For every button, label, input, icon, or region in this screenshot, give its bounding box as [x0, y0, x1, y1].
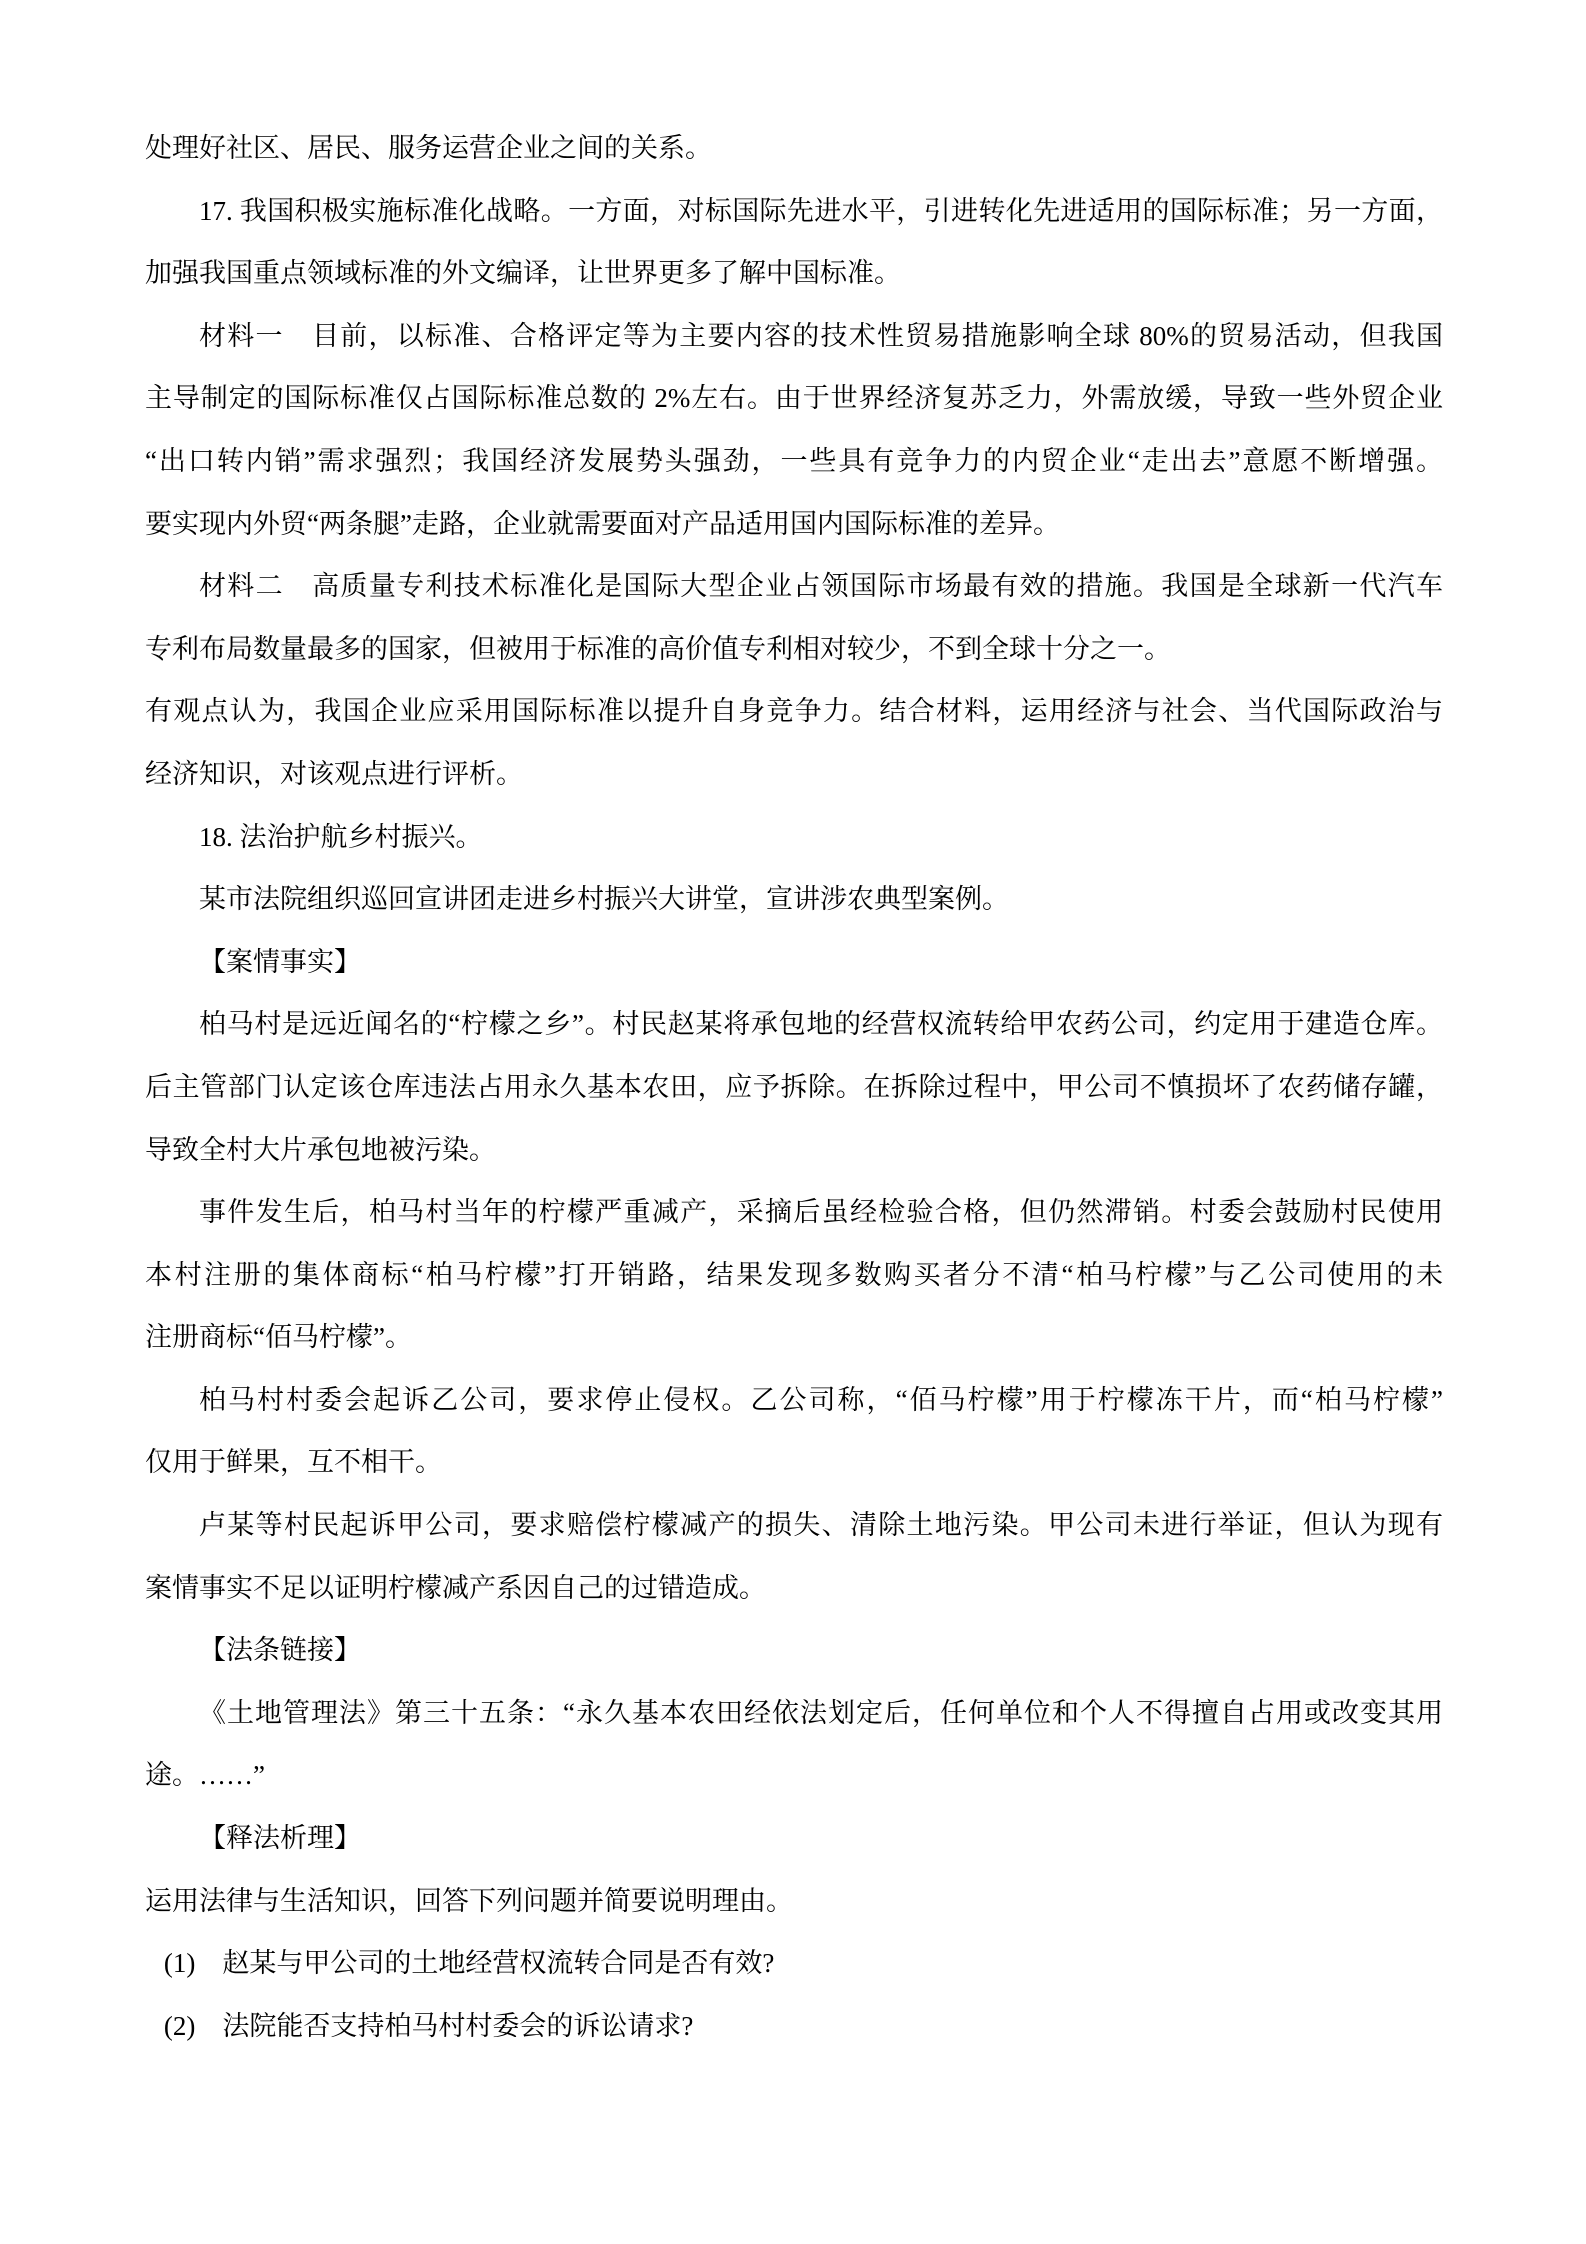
text-line: 17. 我国积极实施标准化战略。一方面，对标国际先进水平，引进转化先进适用的国际…: [145, 180, 1443, 243]
text-line: (2) 法院能否支持柏马村村委会的诉讼请求?: [145, 1995, 1443, 2058]
text-line: 【法条链接】: [145, 1619, 1443, 1682]
text-line: 注册商标“佰马柠檬”。: [145, 1306, 1443, 1369]
text-line: 处理好社区、居民、服务运营企业之间的关系。: [145, 117, 1443, 180]
text-line: 事件发生后，柏马村当年的柠檬严重减产，采摘后虽经检验合格，但仍然滞销。村委会鼓励…: [145, 1181, 1443, 1244]
text-line: 经济知识，对该观点进行评析。: [145, 743, 1443, 806]
text-line: 《土地管理法》第三十五条：“永久基本农田经依法划定后，任何单位和个人不得擅自占用…: [145, 1682, 1443, 1745]
text-line: 要实现内外贸“两条腿”走路，企业就需要面对产品适用国内国际标准的差异。: [145, 493, 1443, 556]
text-line: 有观点认为，我国企业应采用国际标准以提升自身竞争力。结合材料，运用经济与社会、当…: [145, 680, 1443, 743]
document-text-content: 处理好社区、居民、服务运营企业之间的关系。17. 我国积极实施标准化战略。一方面…: [145, 117, 1443, 2057]
text-line: 主导制定的国际标准仅占国际标准总数的 2%左右。由于世界经济复苏乏力，外需放缓，…: [145, 367, 1443, 430]
text-line: 专利布局数量最多的国家，但被用于标准的高价值专利相对较少，不到全球十分之一。: [145, 618, 1443, 681]
text-line: 运用法律与生活知识，回答下列问题并简要说明理由。: [145, 1870, 1443, 1933]
document-page: 处理好社区、居民、服务运营企业之间的关系。17. 我国积极实施标准化战略。一方面…: [0, 0, 1586, 2244]
text-line: 某市法院组织巡回宣讲团走进乡村振兴大讲堂，宣讲涉农典型案例。: [145, 868, 1443, 931]
text-line: 材料一 目前，以标准、合格评定等为主要内容的技术性贸易措施影响全球 80%的贸易…: [145, 305, 1443, 368]
text-line: 材料二 高质量专利技术标准化是国际大型企业占领国际市场最有效的措施。我国是全球新…: [145, 555, 1443, 618]
text-line: 仅用于鲜果，互不相干。: [145, 1431, 1443, 1494]
text-line: 柏马村是远近闻名的“柠檬之乡”。村民赵某将承包地的经营权流转给甲农药公司，约定用…: [145, 993, 1443, 1056]
text-line: 本村注册的集体商标“柏马柠檬”打开销路，结果发现多数购买者分不清“柏马柠檬”与乙…: [145, 1244, 1443, 1307]
text-line: 【案情事实】: [145, 931, 1443, 994]
text-line: 导致全村大片承包地被污染。: [145, 1119, 1443, 1182]
text-line: 加强我国重点领域标准的外文编译，让世界更多了解中国标准。: [145, 242, 1443, 305]
text-line: 案情事实不足以证明柠檬减产系因自己的过错造成。: [145, 1557, 1443, 1620]
text-line: 柏马村村委会起诉乙公司，要求停止侵权。乙公司称，“佰马柠檬”用于柠檬冻干片，而“…: [145, 1369, 1443, 1432]
text-line: 卢某等村民起诉甲公司，要求赔偿柠檬减产的损失、清除土地污染。甲公司未进行举证，但…: [145, 1494, 1443, 1557]
text-line: 【释法析理】: [145, 1807, 1443, 1870]
text-line: 后主管部门认定该仓库违法占用永久基本农田，应予拆除。在拆除过程中，甲公司不慎损坏…: [145, 1056, 1443, 1119]
text-line: “出口转内销”需求强烈；我国经济发展势头强劲，一些具有竞争力的内贸企业“走出去”…: [145, 430, 1443, 493]
text-line: 途。……”: [145, 1744, 1443, 1807]
text-line: 18. 法治护航乡村振兴。: [145, 806, 1443, 869]
text-line: (1) 赵某与甲公司的土地经营权流转合同是否有效?: [145, 1932, 1443, 1995]
